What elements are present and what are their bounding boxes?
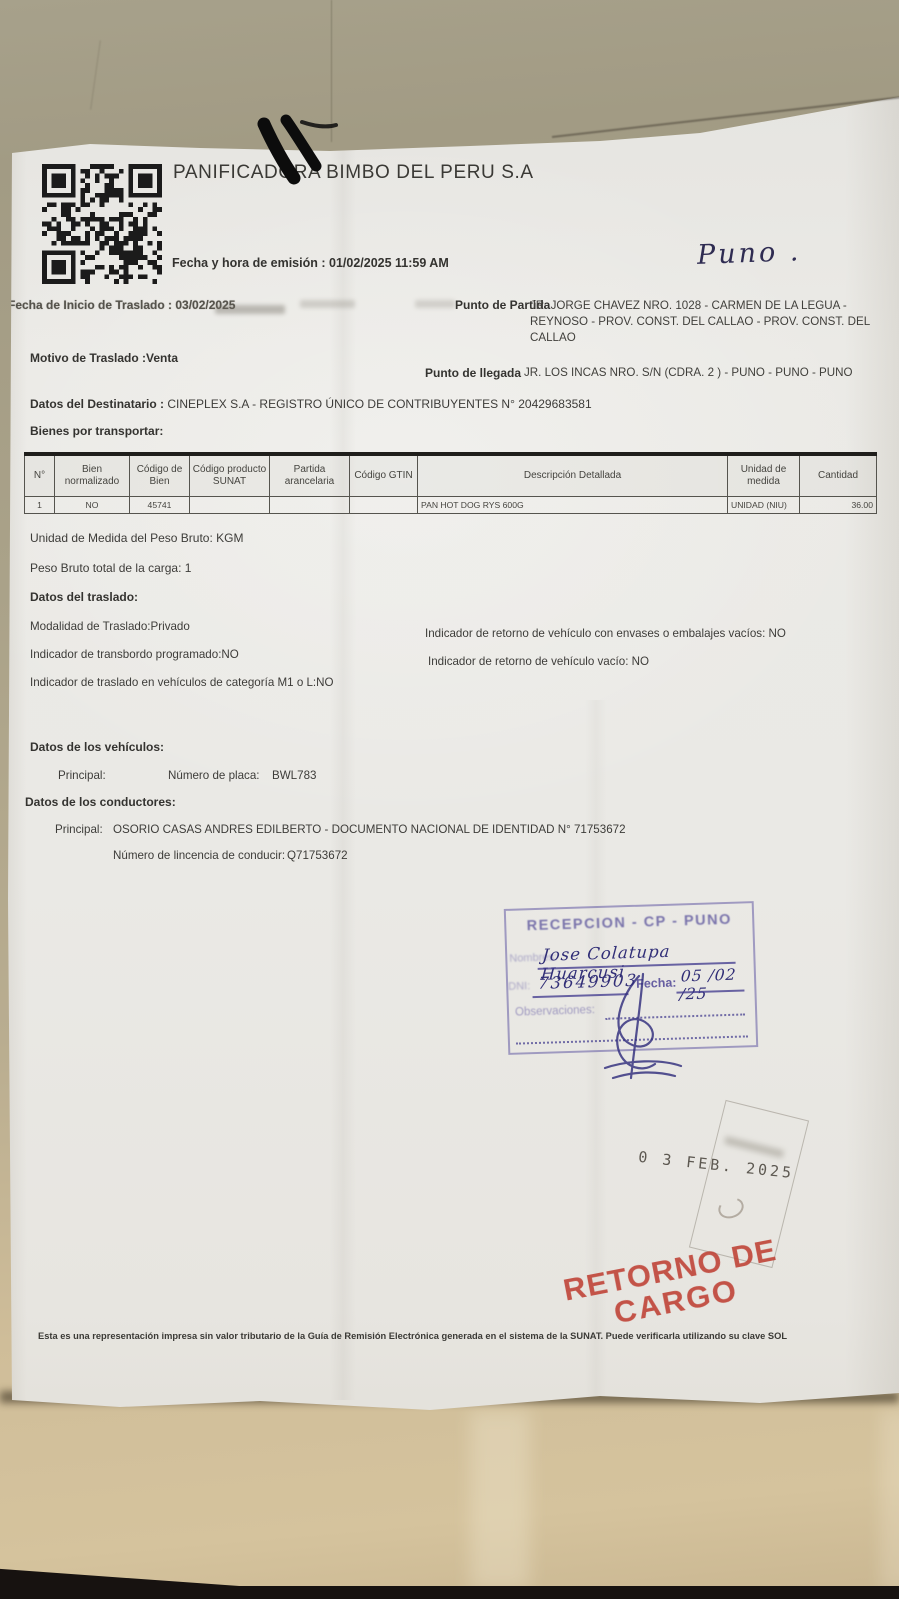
destinatario-line: Datos del Destinatario : CINEPLEX S.A - … [30,397,592,411]
goods-table-header-row: N°Bien normalizadoCódigo de BienCódigo p… [25,454,877,497]
datos-traslado-section: Datos del traslado: [30,590,138,604]
goods-table: N°Bien normalizadoCódigo de BienCódigo p… [24,452,877,514]
destinatario-label: Datos del Destinatario : [30,397,164,411]
goods-table-header-cell: N° [25,454,55,497]
goods-table-header-cell: Bien normalizado [55,454,130,497]
paper-fold [330,150,356,1400]
ink-smudge [215,305,285,314]
modalidad-line: Modalidad de Traslado:Privado [30,620,190,633]
indicador-categoria-m1: Indicador de traslado en vehículos de ca… [30,676,334,689]
company-name: PANIFICADORA BIMBO DEL PERU S.A [173,162,534,184]
signature-scribble [583,972,693,1087]
licencia-label: Número de lincencia de conducir: [113,849,285,862]
goods-table-header-cell: Cantidad [800,454,877,497]
desk-surface-streak [880,1410,899,1590]
date-stamp-smear [724,1136,784,1158]
goods-table-header-cell: Descripción Detallada [418,454,728,497]
conductor-principal-label: Principal: [55,823,103,836]
licencia-value: Q71753672 [287,849,348,862]
document-paper: PANIFICADORA BIMBO DEL PERU S.A RUC N°20… [0,0,899,1599]
goods-table-row: 1NO45741PAN HOT DOG RYS 600GUNIDAD (NIU)… [25,497,877,514]
desk-edge-shadow [0,1586,899,1599]
document-id-box: RUC N°20348735692 GUÍA DE REMISIÓN ELECT… [0,0,273,93]
reception-stamp-dni-label: DNI: [508,980,530,993]
destinatario-value: CINEPLEX S.A - REGISTRO ÚNICO DE CONTRIB… [167,397,591,411]
goods-table-header-cell: Código de Bien [130,454,190,497]
vehiculo-principal-label: Principal: [58,769,106,782]
document-subtype: REMITENTE [2,42,270,66]
ink-smudge [300,300,355,308]
photographed-document: { "header": { "company_name": "PANIFICAD… [0,0,899,1599]
qr-code-svg [42,163,162,285]
conductor-principal-value: OSORIO CASAS ANDRES EDILBERTO - DOCUMENT… [113,823,626,836]
ink-blot [250,110,350,195]
emission-datetime: Fecha y hora de emisión : 01/02/2025 11:… [172,256,449,270]
goods-table-cell [350,497,418,514]
document-number: N° EG07 - 00016204 [2,61,270,85]
partida-address: JR. JORGE CHAVEZ NRO. 1028 - CARMEN DE L… [530,298,888,346]
goods-table-header-cell: Código GTIN [350,454,418,497]
placa-label: Número de placa: [168,769,260,782]
ruc-number: RUC N°20348735692 [1,5,269,29]
goods-table-cell: 36.00 [800,497,877,514]
traslado-start-date: Fecha de Inicio de Traslado : 03/02/2025 [8,298,235,312]
document-type: GUÍA DE REMISIÓN ELECTRÓNICA [2,23,270,47]
goods-table-cell: 45741 [130,497,190,514]
indicador-transbordo: Indicador de transbordo programado:NO [30,648,239,661]
reception-stamp-title: RECEPCION - CP - PUNO [506,911,752,935]
placa-value: BWL783 [272,769,316,782]
conductores-section: Datos de los conductores: [25,795,176,809]
goods-table-cell: PAN HOT DOG RYS 600G [418,497,728,514]
footer-disclaimer: Esta es una representación impresa sin v… [38,1331,787,1341]
goods-table-header-cell: Partida arancelaria [270,454,350,497]
bienes-section-label: Bienes por transportar: [30,424,163,438]
peso-unidad-line: Unidad de Medida del Peso Bruto: KGM [30,531,243,545]
goods-table-cell: NO [55,497,130,514]
goods-table-cell [270,497,350,514]
qr-code [42,163,162,285]
llegada-address: JR. LOS INCAS NRO. S/N (CDRA. 2 ) - PUNO… [524,366,853,379]
desk-surface-streak [470,1410,530,1590]
background-crease [90,40,101,109]
vehiculos-section: Datos de los vehículos: [30,740,164,754]
goods-table-cell: 1 [25,497,55,514]
motivo-traslado: Motivo de Traslado :Venta [30,351,178,365]
indicador-retorno-vacio: Indicador de retorno de vehículo vacío: … [428,655,649,668]
goods-table-header-cell: Código producto SUNAT [190,454,270,497]
handwritten-city: Puno . [696,236,801,271]
ink-smudge [415,300,455,308]
goods-table-cell: UNIDAD (NIU) [728,497,800,514]
llegada-label: Punto de llegada [425,366,521,380]
peso-total-line: Peso Bruto total de la carga: 1 [30,561,191,575]
goods-table-cell [190,497,270,514]
indicador-retorno-envases: Indicador de retorno de vehículo con env… [425,627,786,640]
goods-table-header-cell: Unidad de medida [728,454,800,497]
